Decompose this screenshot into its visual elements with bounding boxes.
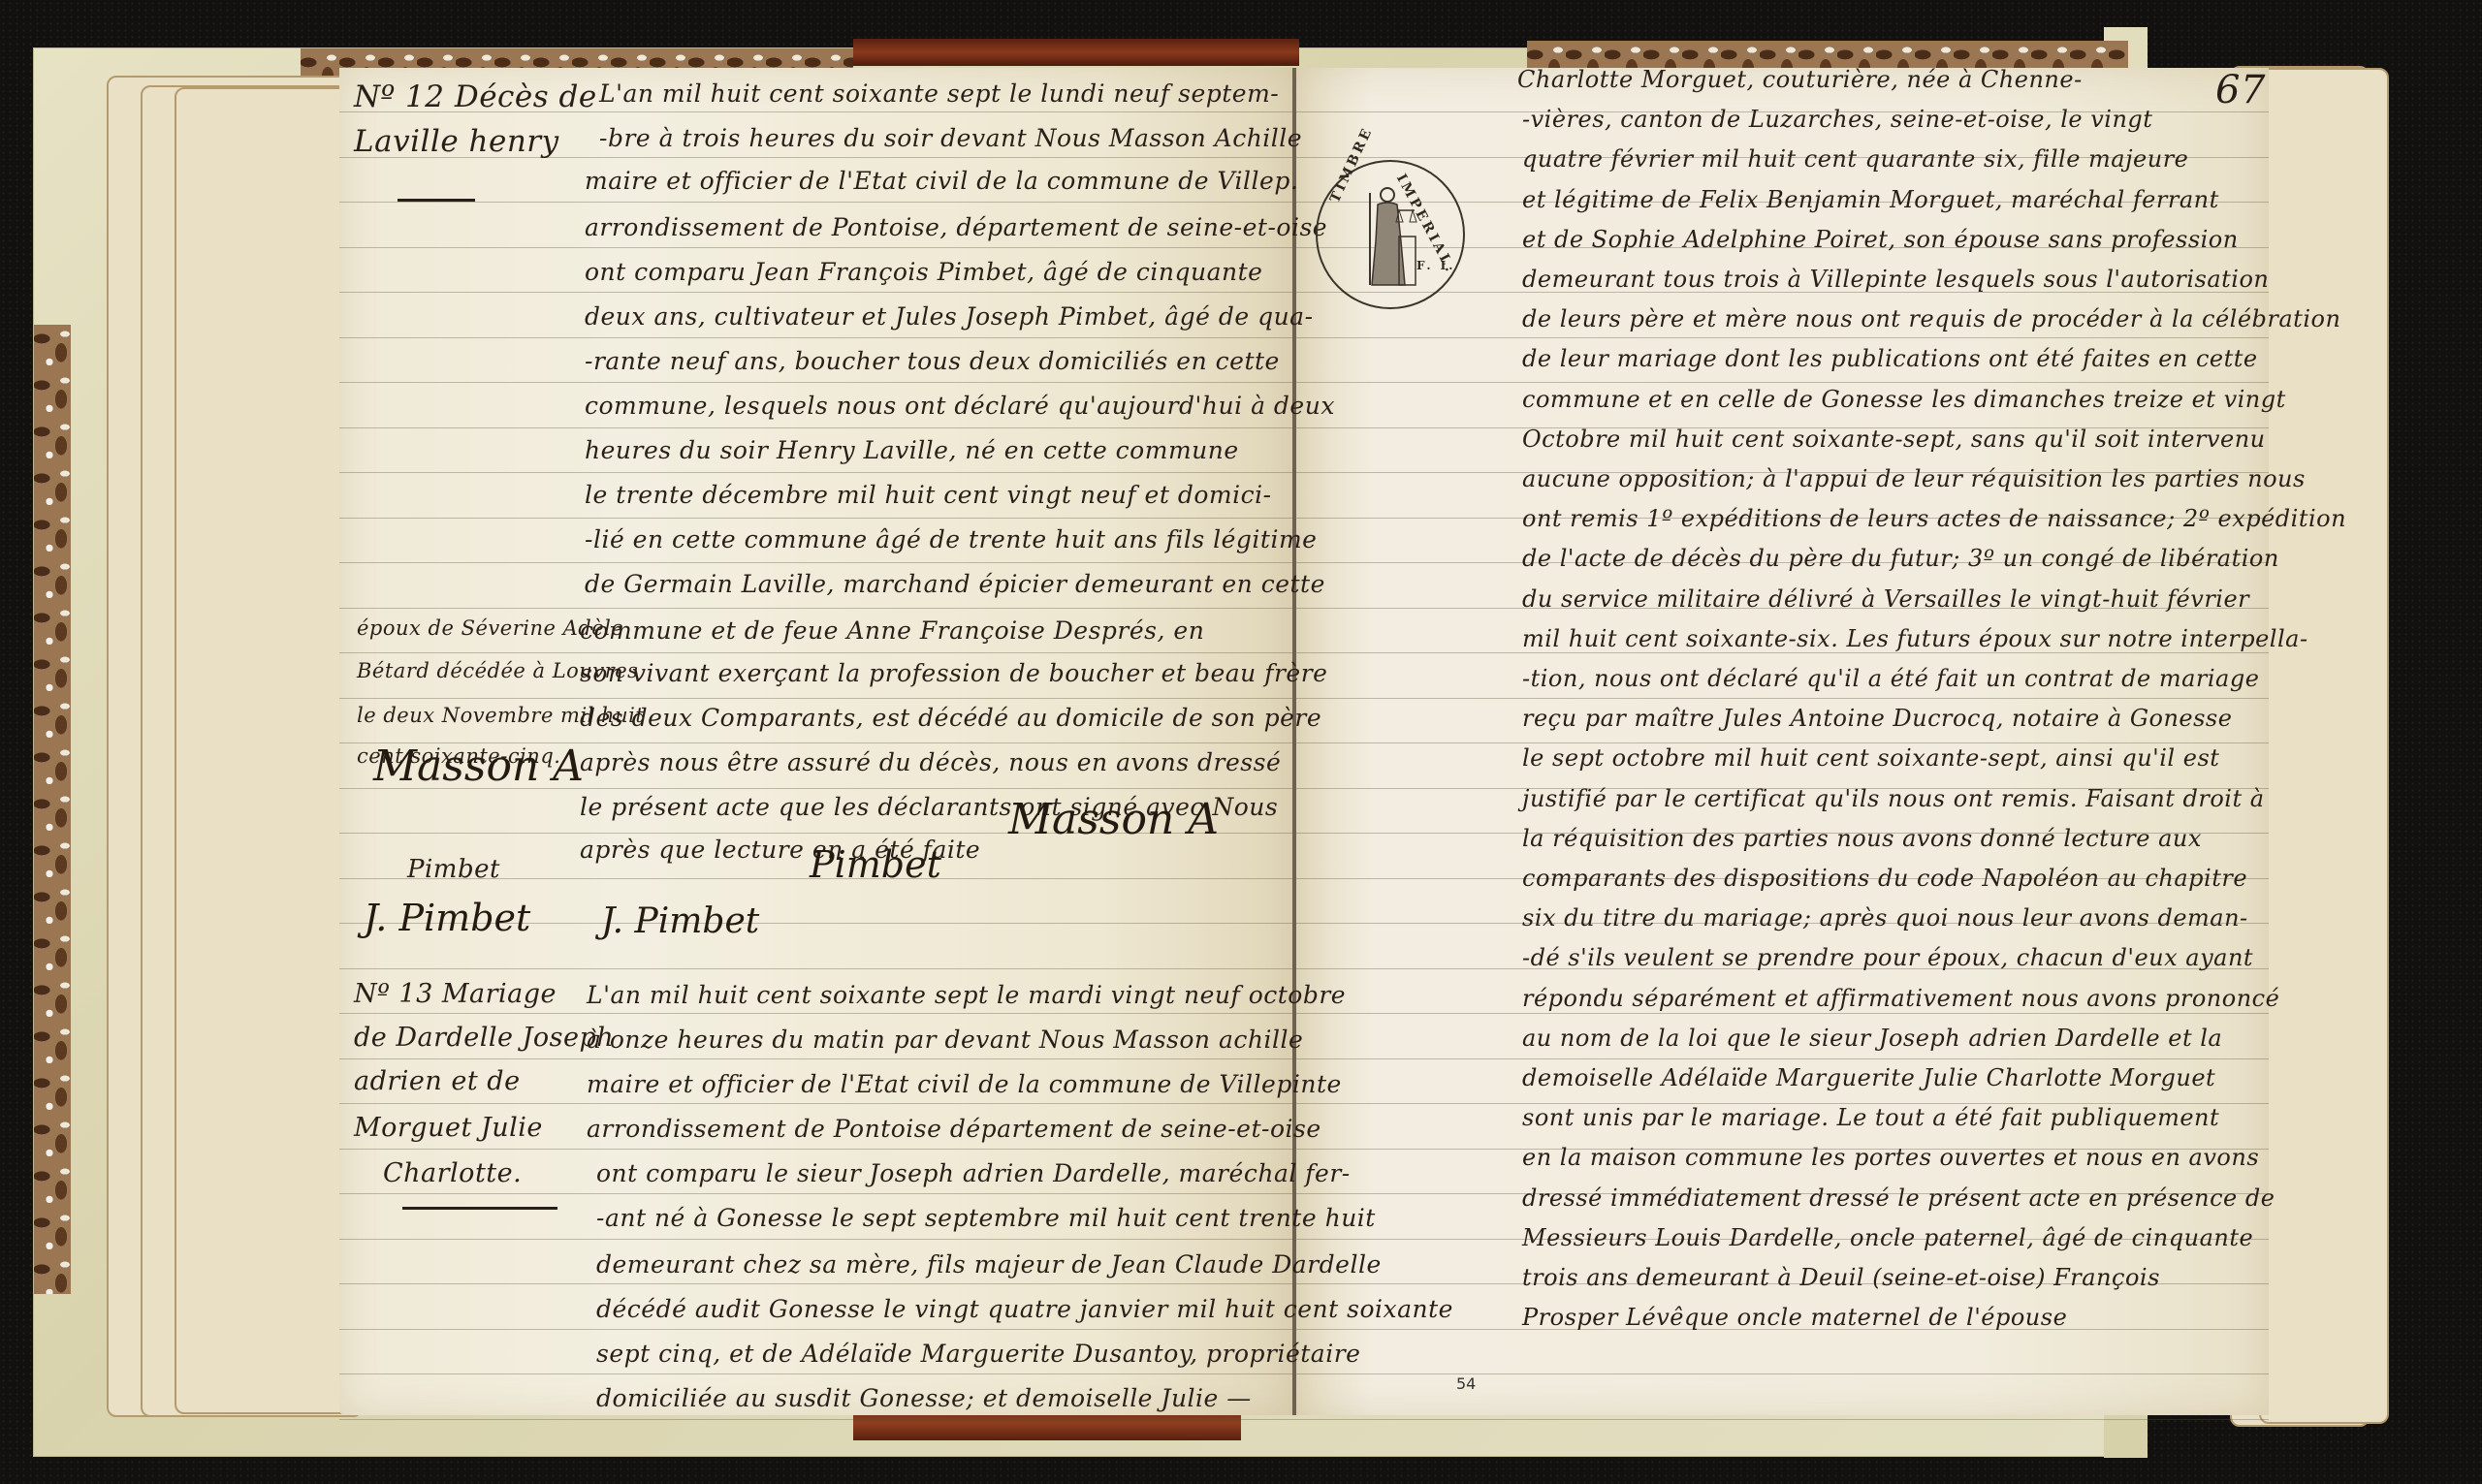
ruled-line xyxy=(339,1239,1294,1240)
handwritten-line: L'an mil huit cent soixante sept le mard… xyxy=(587,981,1346,1009)
handwritten-line: le sept octobre mil huit cent soixante-s… xyxy=(1522,744,2219,772)
handwritten-line: justifié par le certificat qu'ils nous o… xyxy=(1522,785,2265,812)
justice-figure-icon xyxy=(1364,183,1417,290)
handwritten-line: de leurs père et mère nous ont requis de… xyxy=(1522,305,2340,332)
right-page-stack-inner xyxy=(2259,68,2389,1424)
handwritten-line: maire et officier de l'Etat civil de la … xyxy=(587,1070,1342,1098)
handwritten-line: Octobre mil huit cent soixante-sept, san… xyxy=(1522,426,2266,453)
handwritten-line: après nous être assuré du décès, nous en… xyxy=(580,748,1281,776)
entry-12-margin-name: Laville henry xyxy=(354,124,559,159)
signature-pimbet: Pimbet xyxy=(810,843,941,886)
handwritten-line: ont remis 1º expéditions de leurs actes … xyxy=(1522,505,2346,532)
handwritten-line: arrondissement de Pontoise, département … xyxy=(585,213,1327,241)
handwritten-line: répondu séparément et affirmativement no… xyxy=(1522,985,2279,1012)
handwritten-line: commune et en celle de Gonesse les diman… xyxy=(1522,386,2286,413)
margin-header-line: Charlotte. xyxy=(383,1158,522,1188)
signature-masson-2: Masson A xyxy=(1008,795,1219,844)
margin-note-line: le deux Novembre mil huit xyxy=(357,704,644,727)
handwritten-line: -tion, nous ont déclaré qu'il a été fait… xyxy=(1522,665,2259,692)
ruled-line xyxy=(339,202,1294,203)
handwritten-line: ont comparu le sieur Joseph adrien Darde… xyxy=(596,1159,1351,1187)
handwritten-line: reçu par maître Jules Antoine Ducrocq, n… xyxy=(1522,705,2232,732)
handwritten-line: -dé s'ils veulent se prendre pour époux,… xyxy=(1522,944,2253,971)
handwritten-line: heures du soir Henry Laville, né en cett… xyxy=(585,436,1239,464)
ruled-line xyxy=(339,1373,1294,1374)
handwritten-line: en la maison commune les portes ouvertes… xyxy=(1522,1144,2259,1171)
handwritten-line: trois ans demeurant à Deuil (seine-et-oi… xyxy=(1522,1264,2160,1291)
signature-pimbet-margin: Pimbet xyxy=(407,855,500,884)
entry-12-margin-title: Nº 12 Décès de xyxy=(354,79,597,114)
handwritten-line: arrondissement de Pontoise département d… xyxy=(587,1115,1321,1143)
ruled-line xyxy=(339,562,1294,563)
ruled-line xyxy=(1294,1013,2269,1014)
ruled-line xyxy=(1294,698,2269,699)
stamp-letters: F. I. xyxy=(1416,259,1455,272)
imperial-tax-stamp: TIMBRE IMPERIAL. F. I. xyxy=(1316,160,1465,309)
ruled-line xyxy=(339,652,1294,653)
marbled-paper-left-edge xyxy=(34,325,71,1294)
margin-header-line: de Dardelle Joseph xyxy=(354,1023,614,1053)
handwritten-line: -vières, canton de Luzarches, seine-et-o… xyxy=(1522,106,2152,133)
handwritten-line: sept cinq, et de Adélaïde Marguerite Dus… xyxy=(596,1340,1360,1368)
handwritten-line: décédé audit Gonesse le vingt quatre jan… xyxy=(596,1295,1453,1323)
handwritten-line: de l'acte de décès du père du futur; 3º … xyxy=(1522,545,2279,572)
handwritten-line: quatre février mil huit cent quarante si… xyxy=(1522,145,2188,173)
ruled-line xyxy=(339,1013,1294,1014)
ruled-line xyxy=(339,247,1294,248)
handwritten-line: sont unis par le mariage. Le tout a été … xyxy=(1522,1104,2219,1131)
ruled-line xyxy=(1294,1058,2269,1059)
leather-spine-top xyxy=(853,39,1299,66)
margin-separator-line xyxy=(402,1207,557,1210)
ruled-line xyxy=(339,1149,1294,1150)
handwritten-line: deux ans, cultivateur et Jules Joseph Pi… xyxy=(585,302,1314,331)
ruled-line xyxy=(1294,742,2269,743)
ruled-line xyxy=(339,1193,1294,1194)
handwritten-line: -rante neuf ans, boucher tous deux domic… xyxy=(585,347,1280,375)
ruled-line xyxy=(1294,337,2269,338)
handwritten-line: à onze heures du matin par devant Nous M… xyxy=(587,1026,1303,1054)
handwritten-line: aucune opposition; à l'appui de leur réq… xyxy=(1522,465,2306,492)
handwritten-line: commune, lesquels nous ont déclaré qu'au… xyxy=(585,392,1335,420)
handwritten-line: -ant né à Gonesse le sept septembre mil … xyxy=(596,1204,1376,1232)
ruled-line xyxy=(339,472,1294,473)
ruled-line xyxy=(339,1283,1294,1284)
margin-note-line: Bétard décédée à Louvres xyxy=(357,659,638,682)
signature-masson: Masson A xyxy=(373,742,584,791)
handwritten-line: du service militaire délivré à Versaille… xyxy=(1522,585,2249,613)
handwritten-line: demeurant tous trois à Villepinte lesque… xyxy=(1522,266,2269,293)
ruled-line xyxy=(339,1419,1294,1420)
handwritten-line: de leur mariage dont les publications on… xyxy=(1522,345,2258,372)
handwritten-line: -lié en cette commune âgé de trente huit… xyxy=(585,525,1317,553)
margin-note-line: époux de Séverine Adèle xyxy=(357,616,623,640)
handwritten-line: de Germain Laville, marchand épicier dem… xyxy=(585,570,1325,598)
ruled-line xyxy=(339,698,1294,699)
ruled-line xyxy=(339,292,1294,293)
handwritten-line: et légitime de Felix Benjamin Morguet, m… xyxy=(1522,186,2219,213)
handwritten-line: -bre à trois heures du soir devant Nous … xyxy=(599,124,1302,152)
ruled-line xyxy=(1294,652,2269,653)
handwritten-line: Charlotte Morguet, couturière, née à Che… xyxy=(1517,66,2083,93)
handwritten-line: six du titre du mariage; après quoi nous… xyxy=(1522,904,2248,931)
ruled-line xyxy=(1294,1373,2269,1374)
handwritten-line: la réquisition des parties nous avons do… xyxy=(1522,825,2202,852)
handwritten-line: comparants des dispositions du code Napo… xyxy=(1522,865,2247,892)
ruled-line xyxy=(339,1329,1294,1330)
handwritten-line: commune et de feue Anne Françoise Despré… xyxy=(580,616,1204,645)
page-marker: 67 xyxy=(2215,68,2266,112)
handwritten-line: domiciliée au susdit Gonesse; et demoise… xyxy=(596,1384,1252,1412)
handwritten-line: Messieurs Louis Dardelle, oncle paternel… xyxy=(1522,1224,2253,1251)
handwritten-line: L'an mil huit cent soixante sept le lund… xyxy=(599,79,1279,108)
signature-j-pimbet: J. Pimbet xyxy=(601,901,759,941)
handwritten-line: le trente décembre mil huit cent vingt n… xyxy=(585,481,1272,509)
ruled-line xyxy=(339,337,1294,338)
ruled-line xyxy=(1294,382,2269,383)
handwritten-line: Prosper Lévêque oncle maternel de l'épou… xyxy=(1522,1304,2067,1331)
ruled-line xyxy=(339,427,1294,428)
handwritten-line: des deux Comparants, est décédé au domic… xyxy=(580,704,1321,732)
handwritten-line: mil huit cent soixante-six. Les futurs é… xyxy=(1522,625,2308,652)
handwritten-line: au nom de la loi que le sieur Joseph adr… xyxy=(1522,1025,2222,1052)
handwritten-line: maire et officier de l'Etat civil de la … xyxy=(585,167,1298,195)
handwritten-line: son vivant exerçant la profession de bou… xyxy=(580,659,1327,687)
folio-number: 54 xyxy=(1456,1374,1476,1393)
handwritten-line: demoiselle Adélaïde Marguerite Julie Cha… xyxy=(1522,1064,2215,1091)
ruled-line xyxy=(339,1058,1294,1059)
signature-j-pimbet-margin: J. Pimbet xyxy=(364,897,530,939)
handwritten-line: et de Sophie Adelphine Poiret, son épous… xyxy=(1522,226,2239,253)
handwritten-line: demeurant chez sa mère, fils majeur de J… xyxy=(596,1250,1382,1279)
margin-header-line: Morguet Julie xyxy=(354,1113,543,1143)
ruled-line xyxy=(339,518,1294,519)
left-page-stack-inner-2 xyxy=(175,87,363,1414)
margin-header-line: Nº 13 Mariage xyxy=(354,979,557,1009)
ruled-line xyxy=(339,968,1294,969)
ruled-line xyxy=(339,382,1294,383)
margin-flourish xyxy=(398,199,475,202)
handwritten-line: ont comparu Jean François Pimbet, âgé de… xyxy=(585,258,1262,286)
handwritten-line: dressé immédiatement dressé le présent a… xyxy=(1522,1184,2275,1212)
margin-header-line: adrien et de xyxy=(354,1066,521,1096)
ruled-line xyxy=(339,608,1294,609)
ruled-line xyxy=(339,1103,1294,1104)
ruled-line xyxy=(1294,1419,2269,1420)
